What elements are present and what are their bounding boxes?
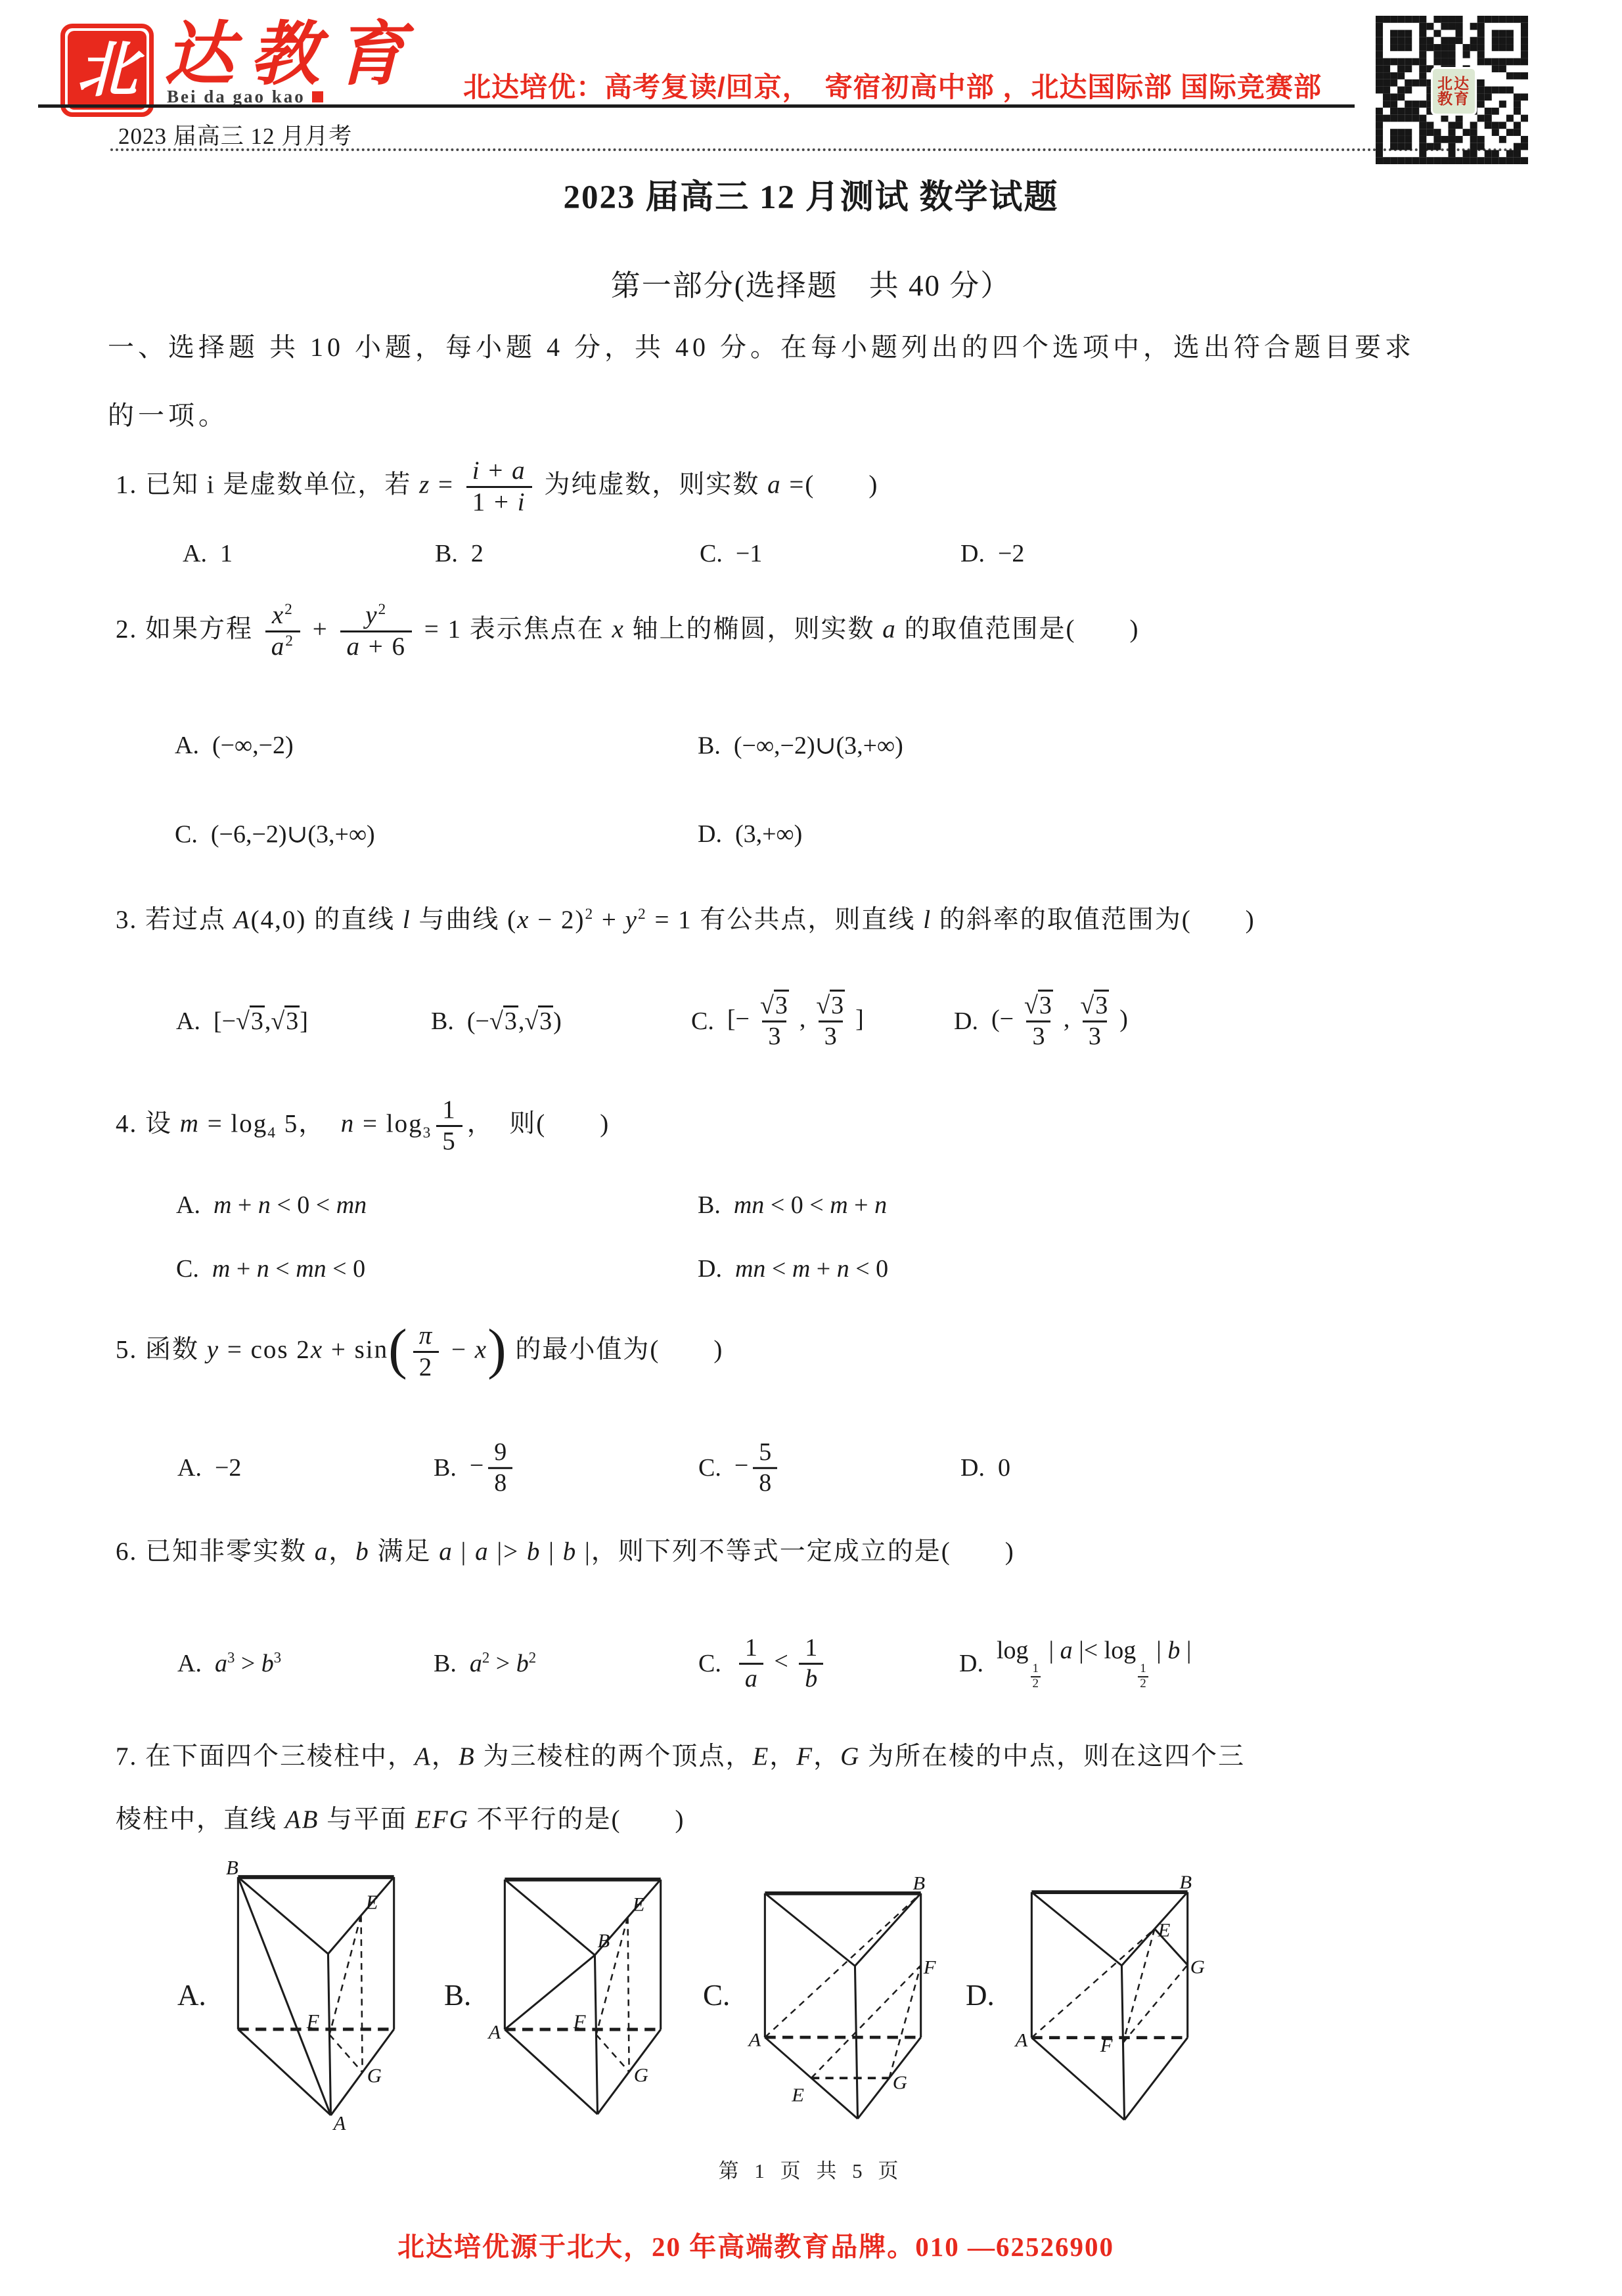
q2-option-d: D.(3,+∞) [698,820,802,849]
red-square-icon [312,91,323,102]
option-value: [−√3,√3] [214,1007,308,1036]
option-label: C. [691,1007,714,1036]
q6-option-a: A.a3 > b3 [177,1649,281,1678]
option-label: C. [700,539,723,568]
figure-d-label: D. [966,1978,995,2012]
option-value: 2 [471,539,484,568]
option-label: B. [435,539,458,568]
option-label: C. [175,820,198,849]
question-1-stem: 1. 已知 i 是虚数单位，若 z = i + a1 + i 为纯虚数，则实数 … [116,456,878,518]
qr-logo-line2: 教育 [1437,91,1470,106]
svg-text:A: A [747,2030,761,2050]
option-value: a2 > b2 [470,1649,536,1678]
svg-text:A: A [1014,2030,1028,2051]
q5-option-d: D.0 [960,1453,1010,1482]
option-value: −2 [998,539,1024,568]
q2-option-a: A.(−∞,−2) [175,731,294,760]
question-2-options-row2: C.(−6,−2)∪(3,+∞) D.(3,+∞) [0,813,1622,855]
dotted-divider [110,148,1519,151]
option-label: B. [431,1007,454,1036]
option-value: [−√33,√33] [727,992,864,1051]
option-label: C. [698,1649,721,1678]
option-label: D. [959,1649,983,1678]
option-label: A. [175,731,199,760]
question-2-stem: 2. 如果方程 x2a2 + y2a + 6 = 1 表示焦点在 x 轴上的椭圆… [116,601,1140,662]
question-4-options-row1: A.m + n < 0 < mn B.mn < 0 < m + n [0,1187,1622,1224]
question-2-options-row1: A.(−∞,−2) B.(−∞,−2)∪(3,+∞) [0,724,1622,766]
q1-option-d: D.−2 [960,539,1024,568]
q5-option-c: C.−58 [698,1438,782,1497]
option-value: (−√33,√33) [991,992,1128,1051]
q3-option-b: B.(−√3,√3) [431,1007,562,1036]
q6-option-b: B.a2 > b2 [434,1649,536,1678]
svg-text:B: B [598,1930,610,1951]
option-value: log12 | a |< log12 | b | [997,1636,1192,1691]
q5-option-a: A.−2 [177,1453,241,1482]
figure-c-label: C. [703,1978,730,2012]
q6-option-c: C.1a < 1b [698,1634,828,1693]
q4-option-b: B.mn < 0 < m + n [698,1191,887,1220]
q4-option-a: A.m + n < 0 < mn [176,1191,367,1220]
q1-option-a: A.1 [183,539,233,568]
question-5-stem: 5. 函数 y = cos 2x + sin(π2 − x) 的最小值为( ) [116,1321,723,1382]
figure-a-label: A. [177,1978,206,2012]
option-label: A. [183,539,207,568]
option-value: (−6,−2)∪(3,+∞) [211,820,375,849]
brand-tagline: 北达培优：高考复读/回京， 寄宿初高中部 ，北达国际部 国际竞赛部 [463,66,1322,105]
svg-text:B: B [912,1874,925,1894]
intro-line-1: 一、选择题 共 10 小题，每小题 4 分，共 40 分。在每小题列出的四个选项… [108,326,1415,364]
option-value: (−√3,√3) [467,1007,562,1036]
prism-figure-d: B E F G A [1021,1877,1197,2138]
option-value: mn < 0 < m + n [734,1191,887,1220]
option-label: D. [960,1453,985,1482]
question-5-options: A.−2 B.−98 C.−58 D.0 [0,1426,1622,1509]
svg-text:E: E [791,2085,804,2106]
option-label: B. [698,731,721,760]
option-label: D. [698,1254,722,1283]
qr-logo-line1: 北达 [1437,76,1470,91]
exam-session-label: 2023 届高三 12 月月考 [118,118,352,151]
page-title: 2023 届高三 12 月测试 数学试题 [0,169,1622,218]
section-heading: 第一部分(选择题 共 40 分） [0,261,1622,304]
option-label: D. [954,1007,978,1036]
q3-option-d: D.(−√33,√33) [954,992,1128,1051]
option-value: 0 [998,1453,1010,1482]
svg-text:E: E [632,1893,645,1915]
q3-option-a: A.[−√3,√3] [176,1007,308,1036]
svg-text:A: A [487,2021,501,2042]
q3-option-c: C.[−√33,√33] [691,992,864,1051]
q4-option-d: D.mn < m + n < 0 [698,1254,888,1283]
q6-option-d: D.log12 | a |< log12 | b | [959,1636,1191,1691]
option-value: (−∞,−2)∪(3,+∞) [734,731,903,761]
svg-text:F: F [306,2010,319,2033]
qr-code: 北达 教育 [1376,16,1528,164]
option-label: C. [176,1254,199,1283]
exam-paper-page: 北 达教育 Bei da gao kao 北达培优：高考复读/回京， 寄宿初高中… [0,0,1622,2296]
svg-text:G: G [893,2073,907,2093]
question-3-stem: 3. 若过点 A(4,0) 的直线 l 与曲线 (x − 2)2 + y2 = … [116,904,1255,937]
option-label: C. [698,1453,721,1482]
svg-text:G: G [1190,1956,1205,1977]
question-7-stem-line2: 棱柱中，直线 AB 与平面 EFG 不平行的是( ) [116,1803,685,1837]
svg-text:F: F [573,2011,586,2033]
question-3-options: A.[−√3,√3] B.(−√3,√3) C.[−√33,√33] D.(−√… [0,969,1622,1074]
page-number: 第 1 页 共 5 页 [0,2154,1622,2184]
option-label: B. [434,1649,457,1678]
svg-text:A: A [332,2112,346,2134]
q1-option-c: C.−1 [700,539,762,568]
seal-inner: 北 [68,31,146,110]
option-value: m + n < mn < 0 [212,1254,365,1283]
question-4-stem: 4. 设 m = log4 5， n = log315， 则( ) [116,1095,610,1157]
svg-text:F: F [923,1958,937,1978]
qr-center-logo: 北达 教育 [1431,67,1477,116]
option-label: D. [698,820,722,849]
q2-option-b: B.(−∞,−2)∪(3,+∞) [698,731,903,761]
svg-text:E: E [1158,1920,1171,1941]
option-value: (3,+∞) [735,820,802,849]
svg-text:B: B [1179,1872,1192,1893]
intro-line-2: 的一项。 [108,395,229,432]
question-7-stem-line1: 7. 在下面四个三棱柱中，A，B 为三棱柱的两个顶点，E，F，G 为所在棱的中点… [116,1740,1245,1774]
option-value: −58 [734,1438,782,1497]
option-value: −2 [215,1453,241,1482]
brand-wordmark: 达教育 [164,17,420,94]
q2-option-c: C.(−6,−2)∪(3,+∞) [175,820,375,849]
footer-slogan: 北达培优源于北大，20 年高端教育品牌。010 —62526900 [0,2225,1567,2264]
svg-text:B: B [226,1857,238,1879]
option-label: A. [177,1453,202,1482]
option-label: D. [960,539,985,568]
svg-text:G: G [367,2065,382,2087]
question-1-options: A.1 B.2 C.−1 D.−2 [0,535,1622,572]
header-rule [38,104,1355,108]
option-value: 1a < 1b [734,1634,828,1693]
svg-text:F: F [1100,2035,1114,2056]
option-label: B. [698,1191,721,1220]
option-value: 1 [220,539,233,568]
svg-text:E: E [365,1891,378,1914]
seal-character: 北 [77,40,137,100]
figure-b-label: B. [444,1978,471,2012]
option-label: A. [177,1649,202,1678]
question-6-options: A.a3 > b3 B.a2 > b2 C.1a < 1b D.log12 | … [0,1617,1622,1710]
option-value: mn < m + n < 0 [735,1254,888,1283]
prism-figure-c: B E F G A [754,1878,930,2136]
question-6-stem: 6. 已知非零实数 a，b 满足 a | a |> b | b |，则下列不等式… [116,1535,1015,1569]
q4-option-c: C.m + n < mn < 0 [176,1254,365,1283]
option-label: A. [176,1007,200,1036]
question-4-options-row2: C.m + n < mn < 0 D.mn < m + n < 0 [0,1250,1622,1287]
option-value: −1 [736,539,762,568]
q1-option-b: B.2 [435,539,484,568]
option-label: B. [434,1453,457,1482]
prism-figure-a: B E F G A [227,1861,403,2134]
option-value: m + n < 0 < mn [214,1191,367,1220]
option-label: A. [176,1191,200,1220]
q5-option-b: B.−98 [434,1438,517,1497]
brand-seal-logo: 北 [60,24,154,117]
option-value: a3 > b3 [215,1649,281,1678]
prism-figure-b: B E F G A [494,1864,670,2132]
svg-text:G: G [634,2064,648,2086]
option-value: (−∞,−2) [212,731,294,760]
brand-pinyin-text: Bei da gao kao [167,87,305,106]
option-value: −98 [470,1438,517,1497]
